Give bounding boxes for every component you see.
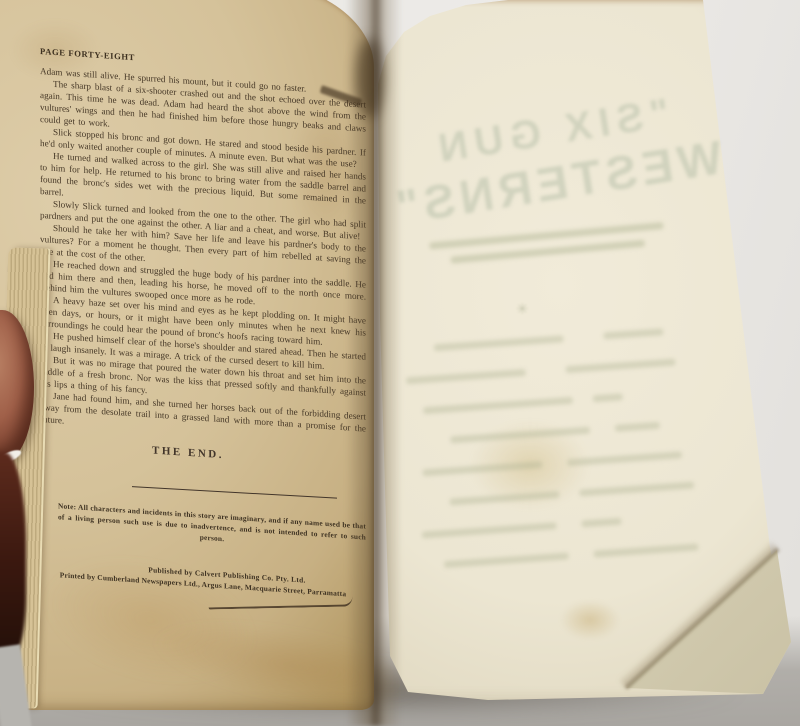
pen-flourish [208,597,353,610]
show-through-line [567,451,682,466]
show-through-line [423,397,573,414]
show-through-line [593,393,623,402]
show-through-contents-list [404,326,711,594]
story-body: Adam was still alive. He spurred his mou… [40,65,366,447]
show-through-line [450,427,590,444]
star-ornament-icon: ✳ [516,300,529,319]
show-through-line [444,552,569,568]
gutter-top-shadow [356,38,384,118]
legal-note: Note: All characters and incidents in th… [58,501,366,554]
show-through-line [449,491,559,506]
show-through-line [581,518,621,528]
show-through-line [615,422,660,432]
show-through-line [593,543,698,557]
show-through-line [406,369,526,384]
left-page-text: PAGE FORTY-EIGHT Adam was still alive. H… [40,46,366,614]
show-through-line [579,482,694,497]
show-through-line [422,522,557,538]
divider-rule [132,486,337,498]
show-through-line [565,359,675,374]
show-through-line [422,461,542,476]
book-photo: PAGE FORTY-EIGHT Adam was still alive. H… [0,0,800,726]
